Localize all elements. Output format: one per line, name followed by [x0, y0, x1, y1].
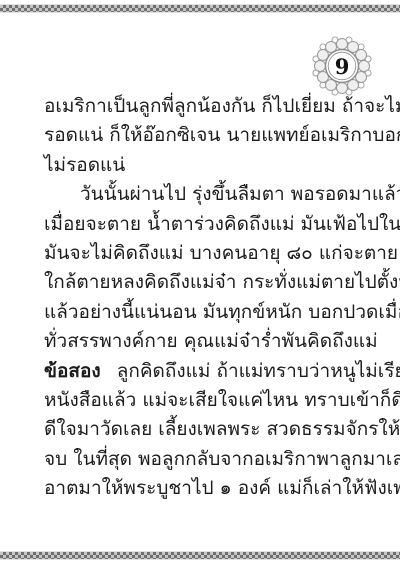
- body-text: อเมริกาเป็นลูกพี่ลูกน้องกัน ก็ไปเยี่ยม ถ…: [44, 92, 358, 503]
- text-line: เมื่อยจะตาย น้ำตาร่วงคิดถึงแม่ มันเฟ้อไป…: [44, 210, 358, 239]
- page-number-medallion: 9: [312, 36, 372, 96]
- text-line: อเมริกาเป็นลูกพี่ลูกน้องกัน ก็ไปเยี่ยม ถ…: [44, 92, 358, 121]
- text-line-continuation: ลูกคิดถึงแม่ ถ้าแม่ทราบว่าหนูไม่เรียน: [117, 360, 400, 382]
- text-line: อาตมาให้พระบูชาไป ๑ องค์ แม่ก็เล่าให้ฟัง…: [44, 474, 358, 503]
- text-line: ข้อสองลูกคิดถึงแม่ ถ้าแม่ทราบว่าหนูไม่เร…: [44, 357, 358, 386]
- text-line: ใกล้ตายหลงคิดถึงแม่จ๋า กระทั่งแม่ตายไปตั…: [44, 268, 358, 297]
- text-line: หนังสือแล้ว แม่จะเสียใจแค่ไหน ทราบเข้าก็…: [44, 386, 358, 415]
- text-line: จบ ในที่สุด พอลูกกลับจากอเมริกาพาลูกมาเล…: [44, 445, 358, 474]
- text-line: วันนั้นผ่านไป รุ่งขึ้นลืมตา พอรอดมาแล้วป…: [44, 180, 358, 209]
- page-number: 9: [312, 36, 372, 96]
- text-line: ทั่วสรรพางค์กาย คุณแม่จ๋าร่ำพันคิดถึงแม่: [44, 327, 358, 356]
- bottom-border-ornament: [0, 551, 400, 560]
- text-line: ไม่รอดแน่: [44, 151, 358, 180]
- section-heading: ข้อสอง: [44, 360, 101, 382]
- text-line: มันจะไม่คิดถึงแม่ บางคนอายุ ๘๐ แก่จะตาย …: [44, 239, 358, 268]
- text-line: รอดแน่ ก็ให้อ๊อกซิเจน นายแพทย์อเมริกาบอก…: [44, 121, 358, 150]
- text-line: แล้วอย่างนี้แน่นอน มันทุกข์หนัก บอกปวดเม…: [44, 298, 358, 327]
- book-page: 9 อเมริกาเป็นลูกพี่ลูกน้องกัน ก็ไปเยี่ยม…: [0, 0, 400, 570]
- top-border-ornament: [0, 4, 400, 13]
- text-line: ดีใจมาวัดเลย เลี้ยงเพลพระ สวดธรรมจักรให้…: [44, 415, 358, 444]
